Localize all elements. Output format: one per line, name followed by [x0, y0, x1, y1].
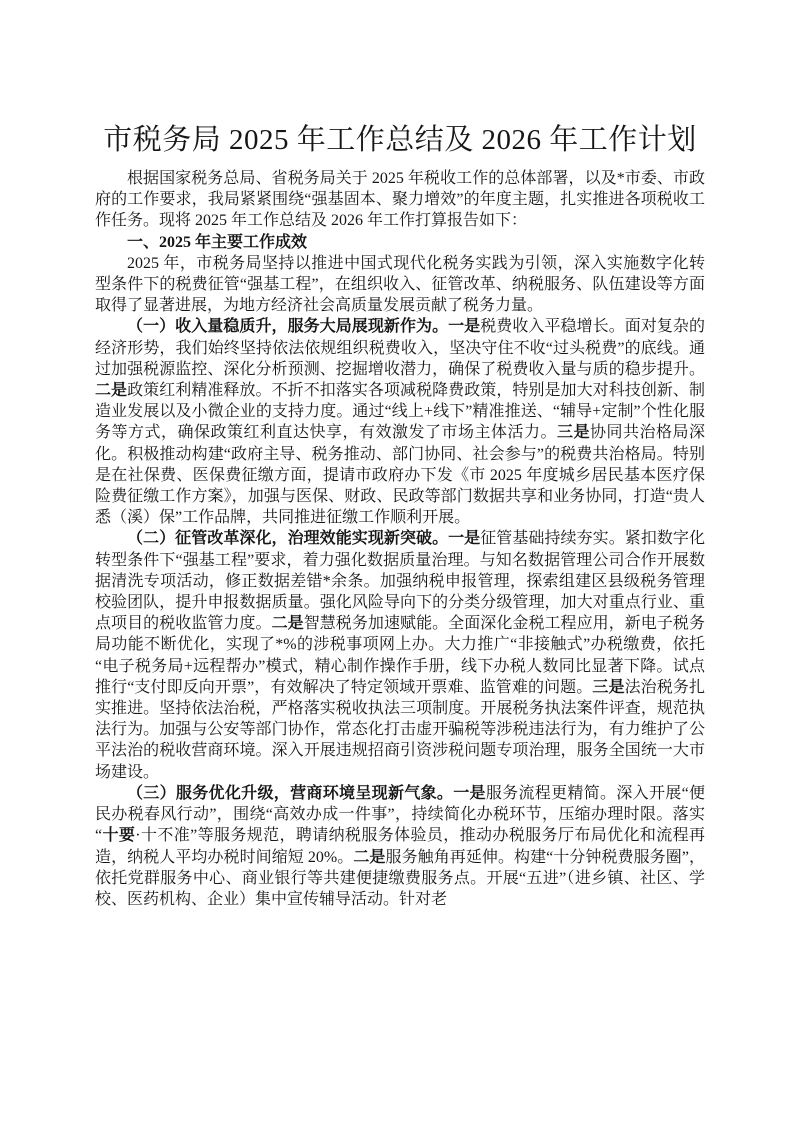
- paragraph: （二）征管改革深化，治理效能实现新突破。一是征管基础持续夯实。紧扣数字化转型条件…: [95, 528, 705, 782]
- text-run: （二）征管改革深化，治理效能实现新突破。一是: [127, 530, 480, 547]
- text-run: 十要: [102, 827, 135, 844]
- text-run: 2025 年，市税务局坚持以推进中国式现代化税务实践为引领，深入实施数字化转型条…: [95, 255, 705, 314]
- paragraph: 2025 年，市税务局坚持以推进中国式现代化税务实践为引领，深入实施数字化转型条…: [95, 253, 705, 317]
- document-title: 市税务局 2025 年工作总结及 2026 年工作计划: [95, 122, 705, 159]
- text-run: 三是: [557, 424, 590, 441]
- section-heading: 一、2025 年主要工作成效: [95, 232, 705, 253]
- text-run: 一、2025 年主要工作成效: [127, 234, 307, 251]
- document-body: 根据国家税务总局、省税务局关于 2025 年税收工作的总体部署，以及*市委、市政…: [95, 168, 705, 910]
- paragraph: 根据国家税务总局、省税务局关于 2025 年税收工作的总体部署，以及*市委、市政…: [95, 168, 705, 232]
- text-run: （三）服务优化升级，营商环境呈现新气象。一是: [127, 785, 486, 802]
- text-run: 根据国家税务总局、省税务局关于 2025 年税收工作的总体部署，以及*市委、市政…: [95, 170, 705, 229]
- text-run: 三是: [592, 679, 624, 696]
- paragraph: （三）服务优化升级，营商环境呈现新气象。一是服务流程更精简。深入开展“便民办税春…: [95, 783, 705, 910]
- text-run: 二是: [353, 849, 385, 866]
- text-run: （一）收入量稳质升，服务大局展现新作为。一是: [127, 318, 480, 335]
- text-run: 二是: [272, 615, 304, 632]
- document-page: 市税务局 2025 年工作总结及 2026 年工作计划 根据国家税务总局、省税务…: [0, 0, 793, 1121]
- paragraph: （一）收入量稳质升，服务大局展现新作为。一是税费收入平稳增长。面对复杂的经济形势…: [95, 316, 705, 528]
- text-run: 二是: [95, 382, 127, 399]
